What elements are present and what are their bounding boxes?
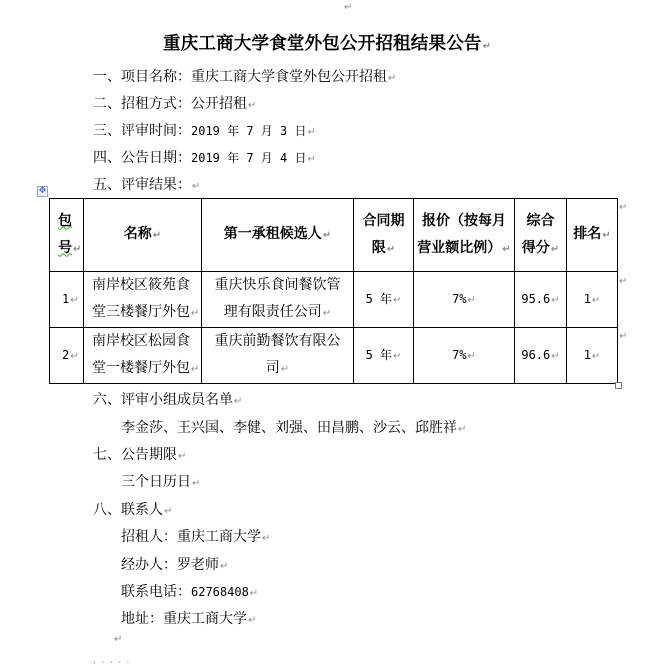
cell-period: 5 年↵ bbox=[354, 328, 414, 384]
cell-candidate: 重庆快乐食间餐饮管 理有限责任公司↵ bbox=[202, 272, 354, 328]
header-line: 包 bbox=[58, 213, 72, 229]
paragraph-mark: ↵ bbox=[458, 424, 466, 435]
row-end-mark: ↵ bbox=[619, 276, 627, 287]
cell-name: 南岸校区松园食 堂一楼餐厅外包↵ bbox=[84, 328, 202, 384]
paragraph-mark: ↵ bbox=[178, 451, 186, 462]
trailing-dots: · · · · · bbox=[93, 658, 131, 669]
section-heading: 六、评审小组成员名单 bbox=[93, 392, 233, 408]
section-value: 公开招租 bbox=[191, 96, 247, 112]
table-header-row: 包 号↵ 名称↵ 第一承租候选人↵ 合同期 限↵ 报价（按每月 营业额比例）↵ … bbox=[50, 199, 618, 272]
header-name: 名称↵ bbox=[84, 199, 202, 272]
section-value: 2019 年 7 月 3 日 bbox=[191, 124, 306, 138]
row-end-mark: ↵ bbox=[619, 331, 627, 342]
field-value: 罗老师 bbox=[177, 557, 219, 573]
cell-line: 堂三楼餐厅外包 bbox=[92, 304, 190, 320]
section-label: 二、招租方式： bbox=[93, 96, 191, 112]
cell-name: 南岸校区筱苑食 堂三楼餐厅外包↵ bbox=[84, 272, 202, 328]
cell-line: 理有限责任公司 bbox=[224, 304, 322, 320]
section-value: 重庆工商大学食堂外包公开招租 bbox=[191, 69, 387, 85]
cell-rank: 1↵ bbox=[567, 328, 618, 384]
section-label: 五、评审结果： bbox=[93, 177, 191, 193]
cell-package-no: 1↵ bbox=[50, 272, 84, 328]
cell-text: 5 年 bbox=[366, 292, 392, 306]
cell-end-mark: ↵ bbox=[592, 351, 600, 362]
cell-price: 7%↵ bbox=[414, 272, 515, 328]
header-line: 合同期 bbox=[363, 213, 405, 229]
table-move-handle-icon[interactable]: ✥ bbox=[37, 186, 48, 197]
header-text: 排名 bbox=[573, 226, 601, 242]
table-resize-handle[interactable] bbox=[615, 382, 622, 389]
paragraph-mark: ↵ bbox=[114, 634, 122, 645]
cell-end-mark: ↵ bbox=[551, 244, 559, 255]
cell-text: 5 年 bbox=[366, 348, 392, 362]
cell-text: 1 bbox=[584, 292, 591, 306]
table-row: 2↵ 南岸校区松园食 堂一楼餐厅外包↵ 重庆前勤餐饮有限公 司↵ 5 年↵ 7%… bbox=[50, 328, 618, 384]
section-tender-method: 二、招租方式：公开招租↵ bbox=[93, 94, 256, 114]
section-label: 一、项目名称： bbox=[93, 69, 191, 85]
paragraph-mark: ↵ bbox=[483, 41, 492, 52]
cell-line: 南岸校区筱苑食 bbox=[92, 277, 190, 293]
section-project-name: 一、项目名称：重庆工商大学食堂外包公开招租↵ bbox=[93, 67, 396, 87]
section-value: 2019 年 7 月 4 日 bbox=[191, 151, 306, 165]
header-text: 第一承租候选人 bbox=[224, 226, 322, 242]
cell-end-mark: ↵ bbox=[153, 230, 161, 241]
cell-end-mark: ↵ bbox=[73, 244, 81, 255]
cell-text: 1 bbox=[62, 292, 69, 306]
period-text: 三个日历日 bbox=[121, 474, 191, 490]
header-price: 报价（按每月 营业额比例）↵ bbox=[414, 199, 515, 272]
header-package-no: 包 号↵ bbox=[50, 199, 84, 272]
paragraph-mark: ↵ bbox=[344, 2, 352, 13]
paragraph-mark: ↵ bbox=[307, 154, 315, 165]
cell-end-mark: ↵ bbox=[592, 295, 600, 306]
field-value: 重庆工商大学 bbox=[177, 529, 261, 545]
field-value: 62768408 bbox=[191, 585, 249, 599]
header-line: 报价（按每月 bbox=[422, 213, 506, 229]
header-score: 综合 得分↵ bbox=[515, 199, 567, 272]
section-review-date: 三、评审时间：2019 年 7 月 3 日↵ bbox=[93, 121, 316, 141]
field-label: 联系电话： bbox=[121, 584, 191, 600]
section-results: 五、评审结果：↵ bbox=[93, 175, 200, 195]
cell-end-mark: ↵ bbox=[387, 244, 395, 255]
section-label: 三、评审时间： bbox=[93, 123, 191, 139]
section-announce-date: 四、公告日期：2019 年 7 月 4 日↵ bbox=[93, 148, 316, 168]
contact-address: 地址：重庆工商大学↵ bbox=[121, 609, 256, 629]
cell-text: 7% bbox=[452, 292, 466, 306]
header-line: 营业额比例） bbox=[417, 240, 501, 256]
cell-line: 重庆快乐食间餐饮管 bbox=[215, 277, 341, 293]
cell-line: 重庆前勤餐饮有限公 bbox=[215, 333, 341, 349]
field-label: 经办人： bbox=[121, 557, 177, 573]
section-label: 四、公告日期： bbox=[93, 150, 191, 166]
title-text: 重庆工商大学食堂外包公开招租结果公告 bbox=[163, 34, 482, 54]
cell-end-mark: ↵ bbox=[468, 351, 476, 362]
document-title: 重庆工商大学食堂外包公开招租结果公告↵ bbox=[163, 30, 491, 55]
paragraph-mark: ↵ bbox=[192, 181, 200, 192]
cell-score: 95.6↵ bbox=[515, 272, 567, 328]
table-row: 1↵ 南岸校区筱苑食 堂三楼餐厅外包↵ 重庆快乐食间餐饮管 理有限责任公司↵ 5… bbox=[50, 272, 618, 328]
field-value: 重庆工商大学 bbox=[163, 611, 247, 627]
paragraph-mark: ↵ bbox=[248, 615, 256, 626]
cell-end-mark: ↵ bbox=[393, 351, 401, 362]
cell-end-mark: ↵ bbox=[502, 244, 510, 255]
cell-end-mark: ↵ bbox=[468, 295, 476, 306]
cell-text: 1 bbox=[584, 348, 591, 362]
paragraph-mark: ↵ bbox=[192, 478, 200, 489]
cell-package-no: 2↵ bbox=[50, 328, 84, 384]
paragraph-mark: ↵ bbox=[248, 100, 256, 111]
header-text: 名称 bbox=[124, 226, 152, 242]
cell-rank: 1↵ bbox=[567, 272, 618, 328]
section-heading: 七、公告期限 bbox=[93, 447, 177, 463]
paragraph-mark: ↵ bbox=[307, 127, 315, 138]
paragraph-mark: ↵ bbox=[250, 588, 258, 599]
cell-line: 南岸校区松园食 bbox=[92, 333, 190, 349]
paragraph-mark: ↵ bbox=[234, 396, 242, 407]
cell-end-mark: ↵ bbox=[281, 364, 289, 375]
members-text: 李金莎、王兴国、李健、刘强、田昌鹏、沙云、邱胜祥 bbox=[121, 420, 457, 436]
cell-end-mark: ↵ bbox=[393, 295, 401, 306]
contact-phone: 联系电话：62768408↵ bbox=[121, 582, 258, 602]
section-committee: 六、评审小组成员名单↵ bbox=[93, 390, 242, 410]
cell-price: 7%↵ bbox=[414, 328, 515, 384]
header-line: 得分 bbox=[522, 240, 550, 256]
paragraph-mark: ↵ bbox=[262, 533, 270, 544]
cell-line: 司 bbox=[266, 360, 280, 376]
cell-end-mark: ↵ bbox=[191, 364, 199, 375]
header-rank: 排名↵ bbox=[567, 199, 618, 272]
contact-lessor: 招租人：重庆工商大学↵ bbox=[121, 527, 270, 547]
section-heading: 八、联系人 bbox=[93, 502, 163, 518]
cell-end-mark: ↵ bbox=[70, 295, 78, 306]
row-end-mark: ↵ bbox=[619, 202, 627, 213]
header-line: 限 bbox=[372, 240, 386, 256]
paragraph-mark: ↵ bbox=[388, 73, 396, 84]
results-table: 包 号↵ 名称↵ 第一承租候选人↵ 合同期 限↵ 报价（按每月 营业额比例）↵ … bbox=[49, 198, 618, 384]
announcement-period-value: 三个日历日↵ bbox=[121, 472, 200, 492]
header-line: 综合 bbox=[527, 213, 555, 229]
field-label: 地址： bbox=[121, 611, 163, 627]
header-line: 号 bbox=[58, 240, 72, 256]
cell-end-mark: ↵ bbox=[323, 308, 331, 319]
cell-end-mark: ↵ bbox=[191, 308, 199, 319]
committee-members: 李金莎、王兴国、李健、刘强、田昌鹏、沙云、邱胜祥↵ bbox=[121, 418, 466, 438]
cell-text: 7% bbox=[452, 348, 466, 362]
header-contract-period: 合同期 限↵ bbox=[354, 199, 414, 272]
cell-end-mark: ↵ bbox=[551, 295, 559, 306]
cell-line: 堂一楼餐厅外包 bbox=[92, 360, 190, 376]
cell-text: 95.6 bbox=[521, 292, 550, 306]
cell-end-mark: ↵ bbox=[70, 351, 78, 362]
section-announcement-period: 七、公告期限↵ bbox=[93, 445, 186, 465]
paragraph-mark: ↵ bbox=[220, 561, 228, 572]
cell-end-mark: ↵ bbox=[602, 230, 610, 241]
cell-text: 96.6 bbox=[521, 348, 550, 362]
contact-handler: 经办人：罗老师↵ bbox=[121, 555, 228, 575]
cell-end-mark: ↵ bbox=[551, 351, 559, 362]
cell-period: 5 年↵ bbox=[354, 272, 414, 328]
section-contact: 八、联系人↵ bbox=[93, 500, 172, 520]
paragraph-mark: ↵ bbox=[164, 506, 172, 517]
field-label: 招租人： bbox=[121, 529, 177, 545]
header-candidate: 第一承租候选人↵ bbox=[202, 199, 354, 272]
cell-candidate: 重庆前勤餐饮有限公 司↵ bbox=[202, 328, 354, 384]
cell-end-mark: ↵ bbox=[323, 230, 331, 241]
cell-score: 96.6↵ bbox=[515, 328, 567, 384]
cell-text: 2 bbox=[62, 348, 69, 362]
